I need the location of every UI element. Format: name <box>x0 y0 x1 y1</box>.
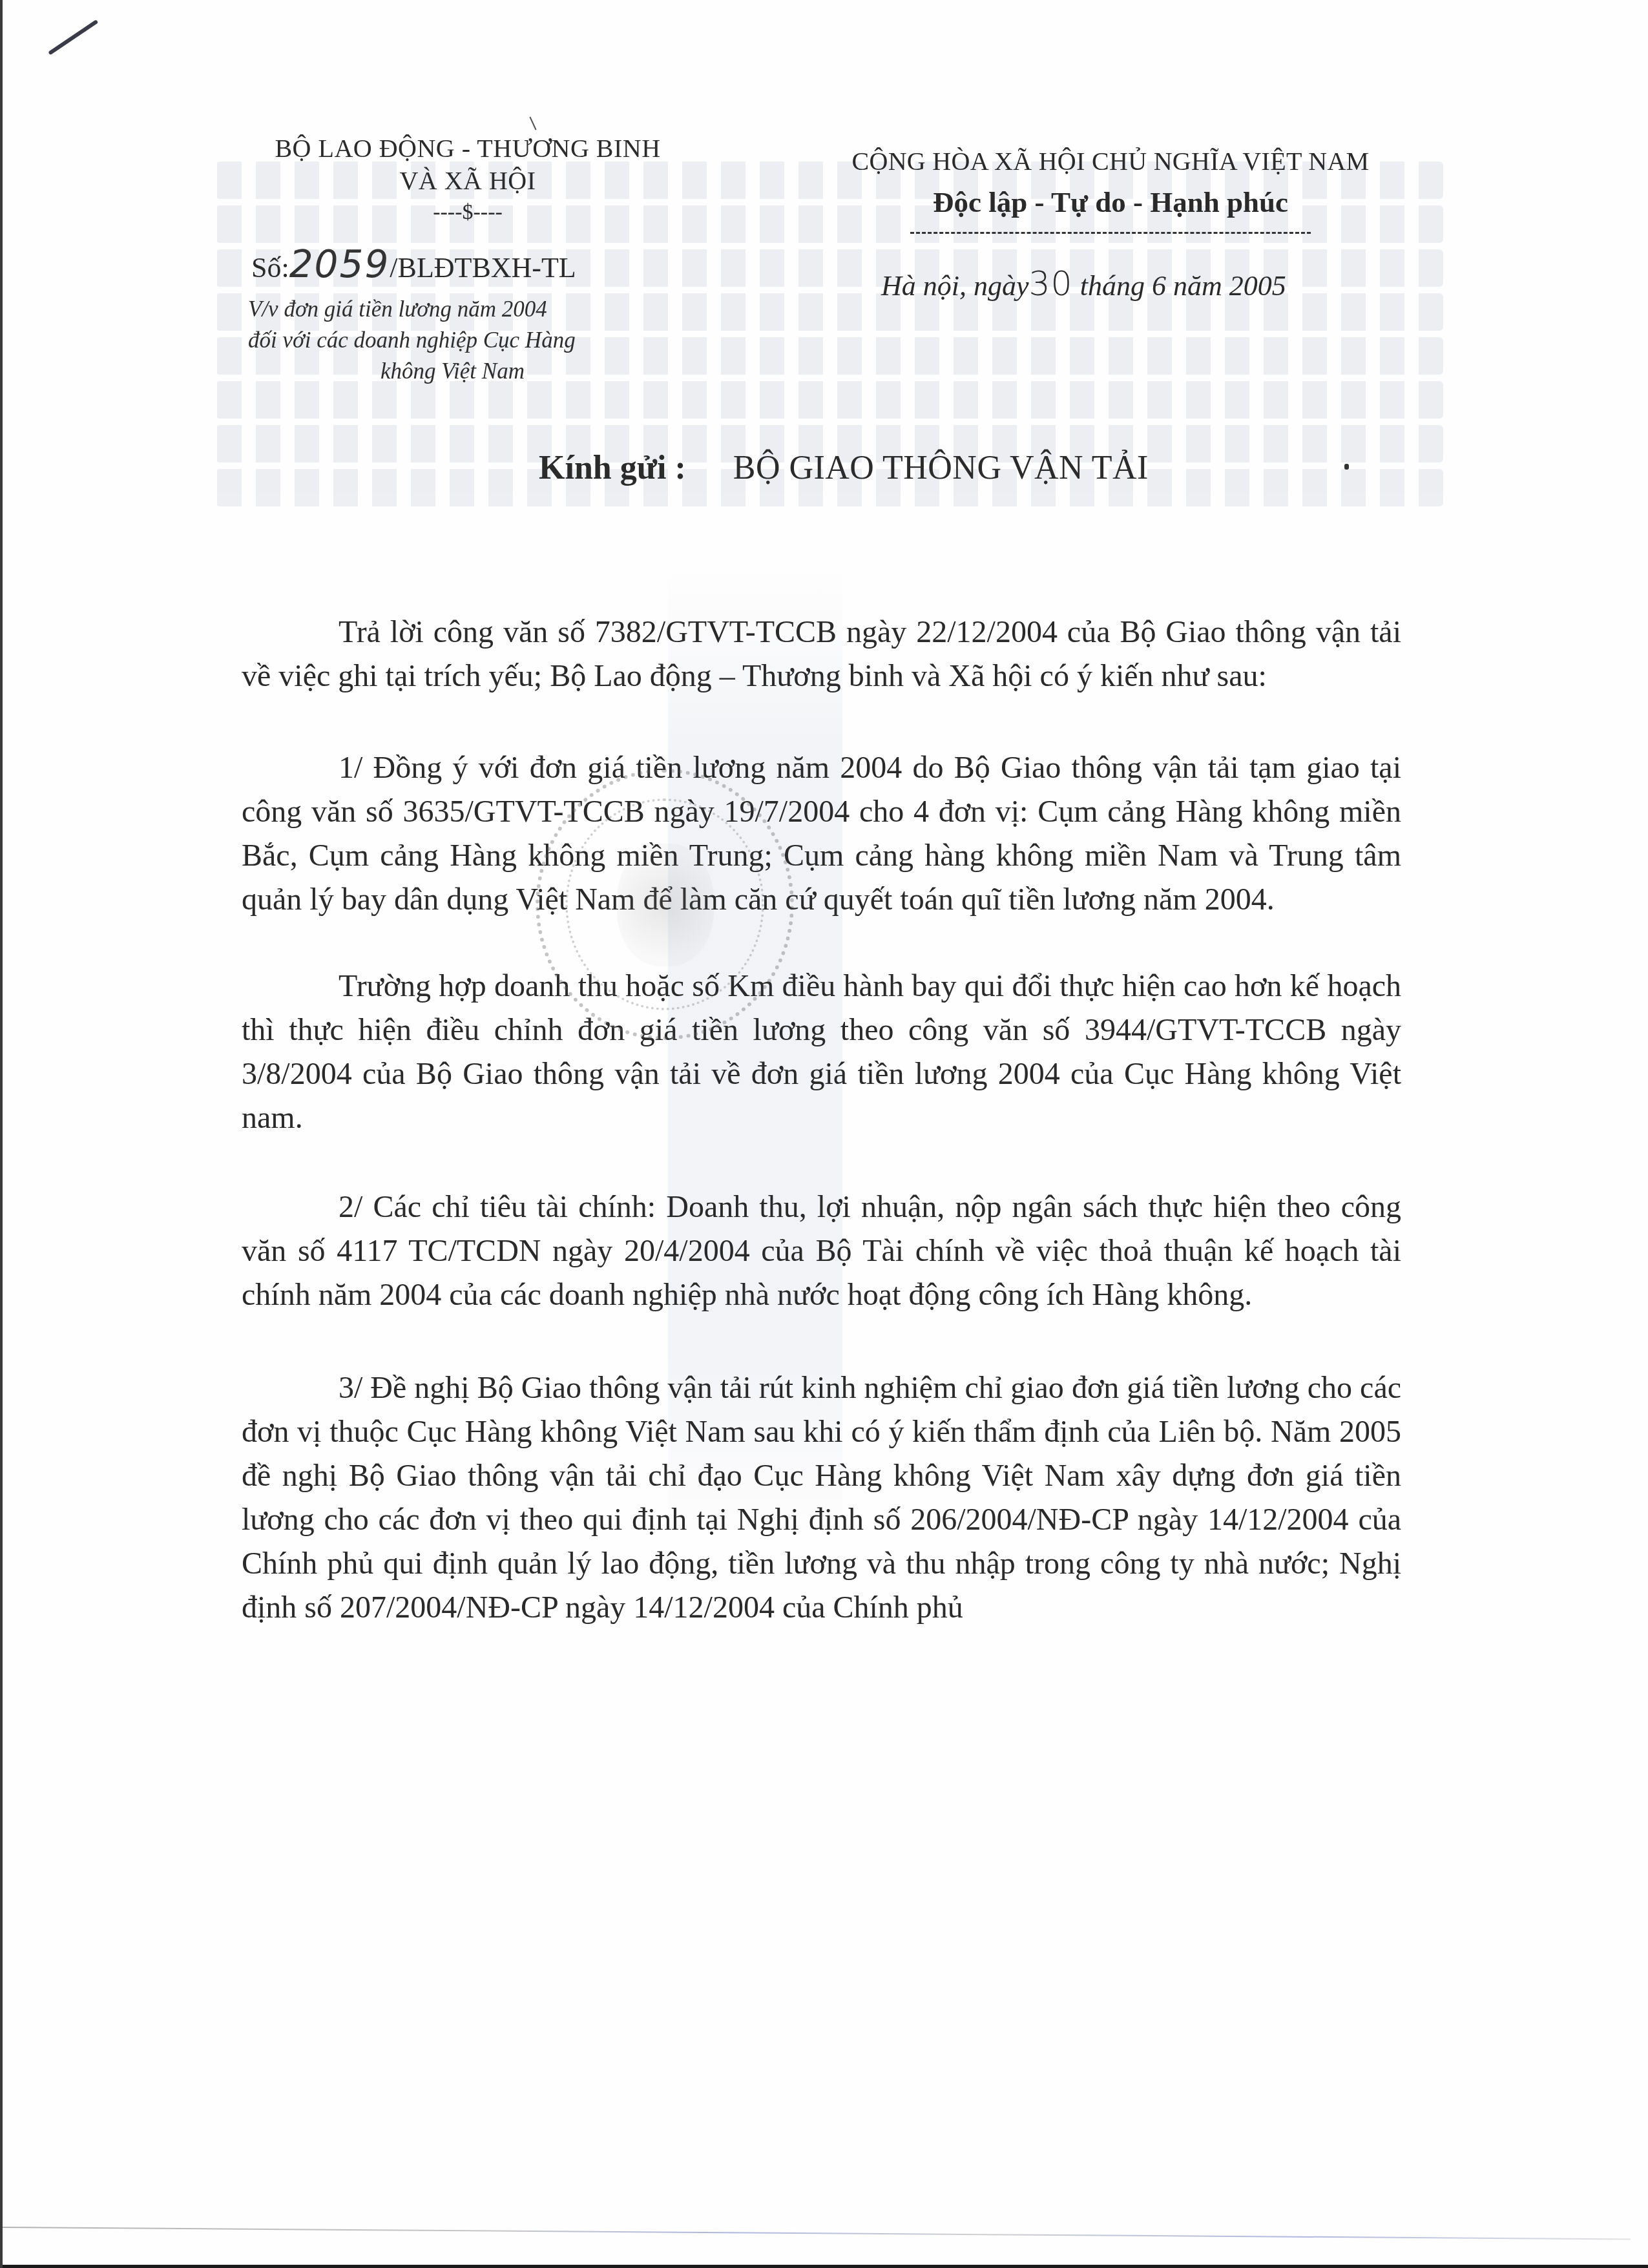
paragraph-intro: Trả lời công văn số 7382/GTVT-TCCB ngày … <box>242 610 1401 698</box>
issuer-block: BỘ LAO ĐỘNG - THƯƠNG BINH VÀ XÃ HỘI ----… <box>242 132 694 225</box>
recipient-line: Kính gửi : BỘ GIAO THÔNG VẬN TẢI <box>539 449 1149 487</box>
document-number-suffix: /BLĐTBXH-TL <box>390 252 576 284</box>
issuer-name-line1: BỘ LAO ĐỘNG - THƯƠNG BINH <box>242 132 694 165</box>
handwritten-day: 30 <box>1029 265 1073 304</box>
paragraph-item-3: 3/ Đề nghị Bộ Giao thông vận tải rút kin… <box>242 1366 1401 1630</box>
issuer-name-line2: VÀ XÃ HỘI <box>242 165 694 197</box>
scanned-document-page: BỘ LAO ĐỘNG - THƯƠNG BINH VÀ XÃ HỘI ----… <box>0 0 1648 2268</box>
subject-line2: đối với các doanh nghiệp Cục Hàng <box>248 325 687 356</box>
letter-body: Trả lời công văn số 7382/GTVT-TCCB ngày … <box>242 610 1401 1630</box>
subject-line1: V/v đơn giá tiền lương năm 2004 <box>248 294 687 325</box>
stray-mark <box>529 117 536 130</box>
handwritten-document-number: 2059 <box>289 242 390 286</box>
paragraph-item-1-adjustment: Trường hợp doanh thu hoặc số Km điều hàn… <box>242 964 1401 1140</box>
subject-line3: không Việt Nam <box>248 356 687 387</box>
document-number: Số:2059/BLĐTBXH-TL <box>251 242 576 286</box>
date-suffix: tháng 6 năm 2005 <box>1080 270 1286 302</box>
paragraph-item-1: 1/ Đồng ý với đơn giá tiền lương năm 200… <box>242 746 1401 922</box>
document-number-prefix: Số: <box>251 252 289 284</box>
recipient-name: BỘ GIAO THÔNG VẬN TẢI <box>733 450 1149 486</box>
issue-date: Hà nội, ngày30 tháng 6 năm 2005 <box>881 265 1286 304</box>
recipient-label: Kính gửi : <box>539 450 686 486</box>
stray-ink-dot <box>1344 464 1349 470</box>
date-prefix: Hà nội, ngày <box>881 270 1029 302</box>
scan-bottom-border <box>3 2265 1648 2268</box>
national-motto: Độc lập - Tự do - Hạnh phúc <box>797 184 1424 220</box>
scan-edge-line <box>3 2227 1631 2240</box>
country-name: CỘNG HÒA XÃ HỘI CHỦ NGHĨA VIỆT NAM <box>797 145 1424 178</box>
issuer-separator: ----$---- <box>242 200 694 225</box>
national-header: CỘNG HÒA XÃ HỘI CHỦ NGHĨA VIỆT NAM Độc l… <box>797 145 1424 234</box>
motto-divider <box>910 232 1311 234</box>
paragraph-item-2: 2/ Các chỉ tiêu tài chính: Doanh thu, lợ… <box>242 1185 1401 1317</box>
subject-excerpt: V/v đơn giá tiền lương năm 2004 đối với … <box>248 294 687 387</box>
pen-stroke-mark <box>48 19 98 55</box>
